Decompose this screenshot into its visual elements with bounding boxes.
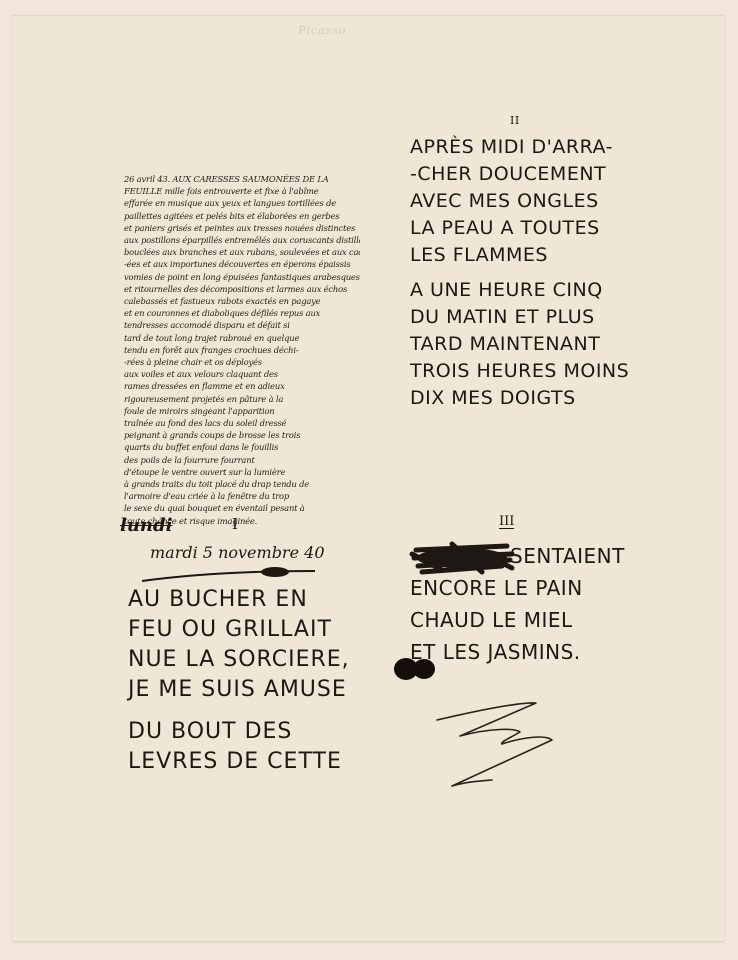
- prose-line: d'étoupe le ventre ouvert sur la lumière: [124, 466, 360, 478]
- prose-line: FEUILLE mille fois entrouverte et fixe à…: [124, 185, 360, 197]
- prose-block: 26 avril 43. AUX CARESSES SAUMONÉES DE L…: [124, 173, 360, 527]
- prose-line: vomies de point en long épuisées fantast…: [124, 271, 360, 283]
- prose-line: tendu en forêt aux franges crochues déch…: [124, 344, 360, 356]
- prose-line: le sexe du quai bouquet en éventail pesa…: [124, 502, 360, 514]
- poem-line: ET LES JASMINS.: [410, 636, 625, 668]
- section-1-date: mardi 5 novembre 40: [150, 543, 325, 562]
- prose-line: rigoureusement projetés en pâture à la: [124, 393, 360, 405]
- prose-line: aux voiles et aux velours claquant des: [124, 368, 360, 380]
- poem-line: A UNE HEURE CINQ: [410, 277, 629, 304]
- prose-line: et ritournelles des décompositions et la…: [124, 283, 360, 295]
- zigzag-signature-mark: [420, 690, 580, 800]
- poem-line: TARD MAINTENANT: [410, 331, 629, 358]
- prose-line: paillettes agitées et pelés bits et élab…: [124, 210, 360, 222]
- poem-line: DU MATIN ET PLUS: [410, 304, 629, 331]
- poem-line: ENCORE LE PAIN: [410, 572, 625, 604]
- prose-line: et paniers grisés et peintes aux tresses…: [124, 222, 360, 234]
- prose-line: -ées et aux importunes découvertes en ép…: [124, 258, 360, 270]
- crossed-out-word: lundi: [120, 515, 172, 536]
- prose-line: effarée en musique aux yeux et langues t…: [124, 197, 360, 209]
- poem-line: LEVRES DE CETTE: [128, 747, 350, 777]
- prose-line: foule de miroirs singeant l'apparition: [124, 405, 360, 417]
- prose-line: calebassés et fastueux rabots exactés en…: [124, 295, 360, 307]
- prose-line: tendresses accomodé disparu et défait si: [124, 319, 360, 331]
- section-1-numeral: I: [232, 515, 238, 533]
- ink-blot: [392, 654, 442, 684]
- poem-line: LES FLAMMES: [410, 242, 629, 269]
- stanza-gap: [128, 705, 350, 717]
- pencil-signature: Picasso: [298, 24, 347, 37]
- poem-line: NUE LA SORCIERE,: [128, 645, 350, 675]
- section-1-header: lundi I mardi 5 novembre 40: [120, 515, 360, 585]
- prose-line: bouclées aux branches et aux rubans, sou…: [124, 246, 360, 258]
- underline-stroke: [140, 567, 320, 583]
- poem-line: SENTAIENT: [410, 540, 625, 572]
- poem-line: FEU OU GRILLAIT: [128, 615, 350, 645]
- poem-line: LA PEAU A TOUTES: [410, 215, 629, 242]
- prose-line: traînée au fond des lacs du soleil dress…: [124, 417, 360, 429]
- prose-line: l'armoire d'eau criée à la fenêtre du tr…: [124, 490, 360, 502]
- prose-line: et en couronnes et diaboliques défilés r…: [124, 307, 360, 319]
- prose-line: 26 avril 43. AUX CARESSES SAUMONÉES DE L…: [124, 173, 360, 185]
- poem-line: TROIS HEURES MOINS: [410, 358, 629, 385]
- prose-line: quarts du buffet enfoui dans le fouillis: [124, 441, 360, 453]
- stanza-gap: [410, 269, 629, 277]
- prose-line: tard de tout long trajet rabroué en quel…: [124, 332, 360, 344]
- poem-line: DU BOUT DES: [128, 717, 350, 747]
- section-3-numeral: III: [499, 515, 514, 529]
- poem-line: AVEC MES ONGLES: [410, 188, 629, 215]
- section-2-numeral: II: [510, 114, 520, 127]
- prose-line: peignant à grands coups de brosse les tr…: [124, 429, 360, 441]
- section-3: SENTAIENT ENCORE LE PAIN CHAUD LE MIEL E…: [410, 540, 625, 668]
- poem-line: JE ME SUIS AMUSE: [128, 675, 350, 705]
- section-1: AU BUCHER EN FEU OU GRILLAIT NUE LA SORC…: [128, 585, 350, 777]
- poem-line: -CHER DOUCEMENT: [410, 161, 629, 188]
- poem-line: CHAUD LE MIEL: [410, 604, 625, 636]
- prose-line: rames dressées en flamme et en adieux: [124, 380, 360, 392]
- poem-line: DIX MES DOIGTS: [410, 385, 629, 412]
- prose-line: aux postillons éparpillés entremêlés aux…: [124, 234, 360, 246]
- prose-line: -rées à pleine chair et os déployés: [124, 356, 360, 368]
- poem-line: AU BUCHER EN: [128, 585, 350, 615]
- section-2: II APRÈS MIDI D'ARRA- -CHER DOUCEMENT AV…: [410, 134, 629, 412]
- poem-line: APRÈS MIDI D'ARRA-: [410, 134, 629, 161]
- prose-line: à grands traits du toit placé du drap te…: [124, 478, 360, 490]
- prose-line: des poils de la fourrure fourrant: [124, 454, 360, 466]
